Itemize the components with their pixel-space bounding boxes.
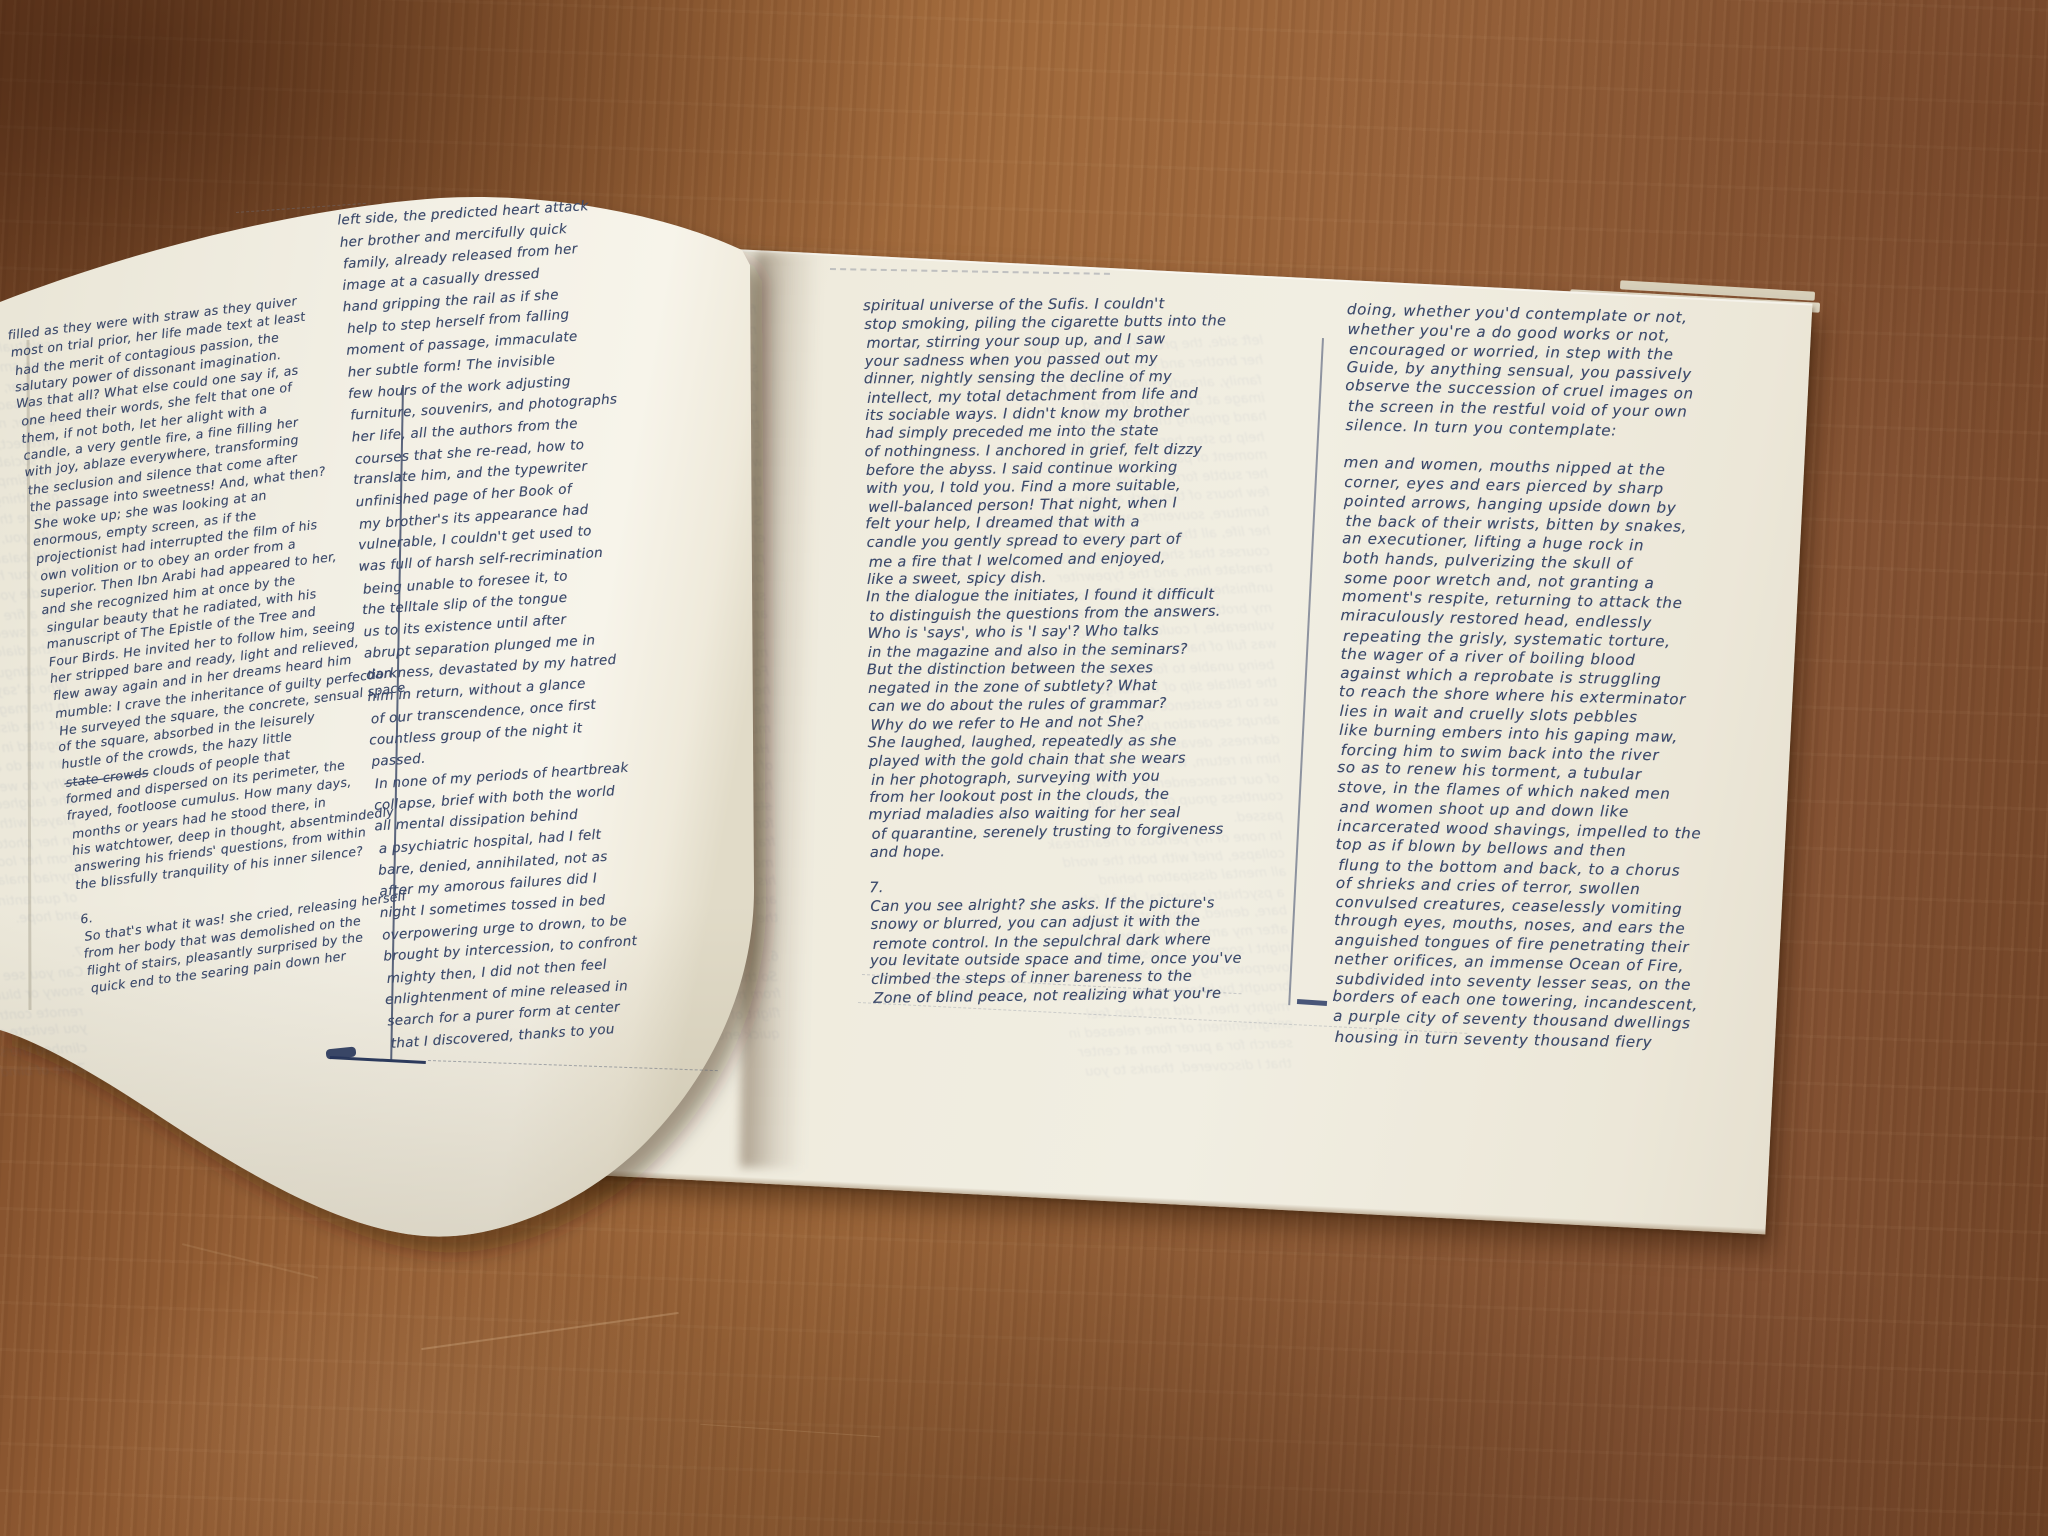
handwritten-line: 7. — [869, 878, 1293, 899]
wood-scratch — [700, 1424, 880, 1438]
photo-open-handwritten-book-on-desk: filled as they were with straw as they q… — [0, 0, 2048, 1536]
handwritten-line: She laughed, laughed, repeatedly as she — [868, 733, 1292, 754]
handwritten-line: spiritual universe of the Sufis. I could… — [863, 296, 1287, 317]
handwritten-line: felt your help, I dreamed that with a — [865, 515, 1289, 536]
handwritten-column-left-2: left side, the predicted heart attackher… — [338, 199, 657, 1060]
handwritten-line: you levitate outside space and time, onc… — [870, 951, 1294, 972]
wood-scratch — [421, 1312, 679, 1350]
handwritten-line: But the distinction between the sexes — [867, 660, 1291, 681]
handwritten-column-right-2: doing, whether you'd contemplate or not,… — [1332, 303, 1817, 1057]
handwritten-column-right-1: spiritual universe of the Sufis. I could… — [864, 296, 1295, 1010]
handwritten-line: of nothingness. I anchored in grief, fel… — [865, 442, 1289, 463]
